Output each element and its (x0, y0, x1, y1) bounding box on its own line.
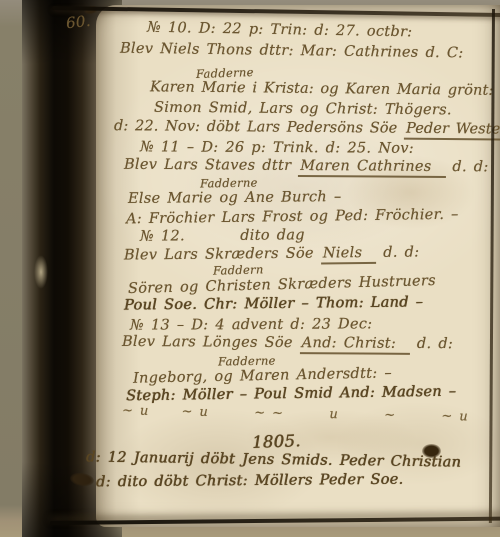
record-line-segment: d: 22. Nov: döbt Lars Pedersöns Söe (114, 118, 404, 137)
record-line-segment: d. d: (445, 159, 488, 175)
record-line-segment: Blev Lars Staves dttr (124, 157, 298, 174)
record-line: Simon Smid, Lars og Christ: Thögers. (154, 100, 452, 119)
record-line-segment: Blev Lars Lönges Söe (122, 334, 300, 351)
record-line: № 12. dito dag (140, 227, 305, 244)
record-line-segment: d. d: (410, 336, 453, 352)
scanned-register-photo: 60. № 10. D: 22 p: Trin: d: 27. octbr: B… (0, 0, 500, 537)
record-line: Else Marie og Ane Burch – (128, 189, 342, 207)
underlined-name: Niels (321, 245, 377, 265)
year-heading: 1805. (252, 431, 301, 452)
record-line-segment: d. d: (376, 244, 419, 260)
underlined-name: Maren Cathrines (298, 158, 445, 178)
record-line: Blev Lars Staves dttr Maren Cathrines d.… (124, 157, 489, 176)
interlinear-word: Fadderne (200, 175, 258, 190)
interlinear-word: Fadderne (218, 353, 276, 368)
binding-highlight (34, 255, 48, 289)
record-line: Blev Lars Skræders Söe Niels d. d: (124, 244, 420, 263)
record-line: Blev Lars Lönges Söe And: Christ: d. d: (122, 334, 453, 352)
underlined-name: And: Christ: (300, 335, 410, 355)
record-line-segment: Blev Lars Skræders Söe (124, 245, 321, 263)
record-line: № 11 – D: 26 p: Trink. d: 25. Nov: (140, 139, 414, 156)
underlined-name: Peder Westergrd (404, 121, 500, 141)
record-line: Poul Soe. Chr: Möller – Thom: Land – (124, 294, 423, 313)
record-line: № 13 – D: 4 advent d: 23 Dec: (130, 316, 373, 333)
ink-blot (422, 444, 441, 458)
interlinear-word: Fadderne (196, 65, 254, 81)
interlinear-word: Faddern (213, 262, 264, 277)
record-line: d: dito döbt Christ: Möllers Peder Soe. (96, 472, 404, 491)
folio-number: 60. (65, 12, 92, 32)
